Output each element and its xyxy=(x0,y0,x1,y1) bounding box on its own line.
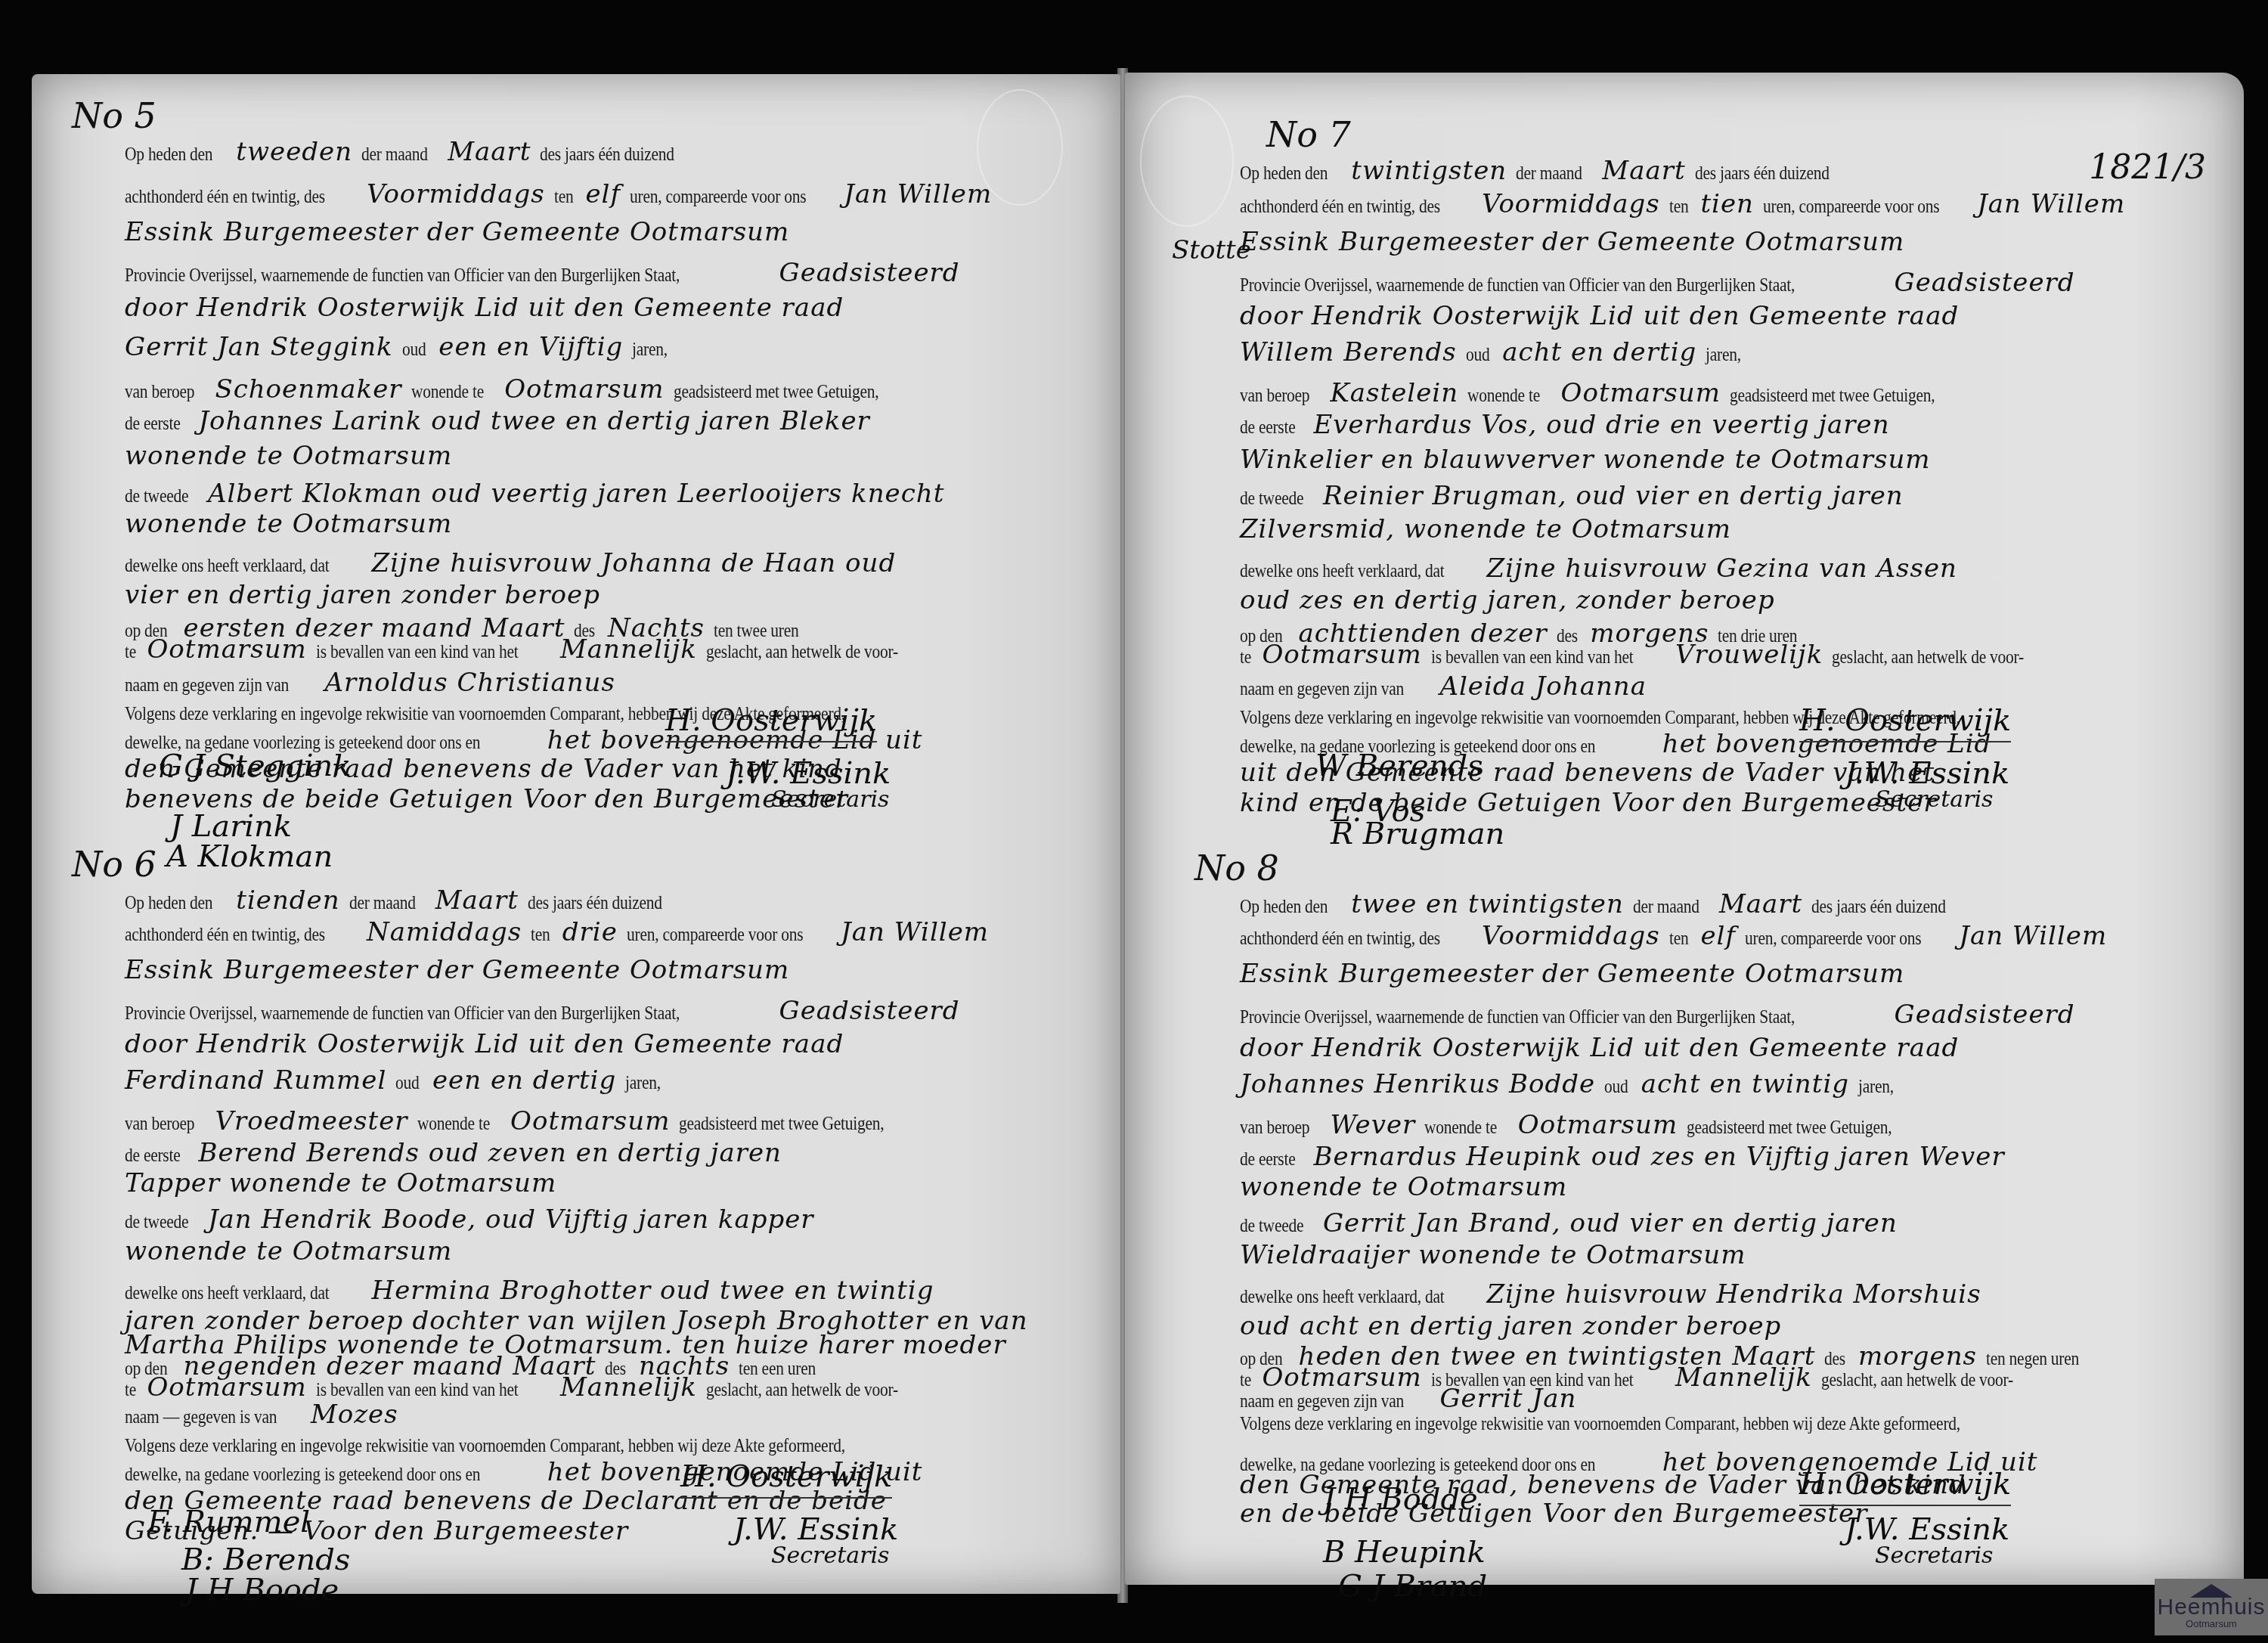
handwritten-entry: vier en dertig jaren zonder beroep xyxy=(125,582,600,608)
handwritten-entry: drie xyxy=(562,919,618,945)
handwritten-entry: Mannelijk xyxy=(1675,1365,1812,1390)
handwritten-entry: door Hendrik Oosterwijk Lid uit den Geme… xyxy=(125,1031,844,1057)
printed-text: dewelke ons heeft verklaard, dat xyxy=(125,556,330,575)
document-line: naam en gegeven zijn vanAleida Johanna xyxy=(1240,674,1656,699)
printed-text: naam en gegeven zijn van xyxy=(1240,1392,1404,1411)
document-line: Provincie Overijssel, waarnemende de fun… xyxy=(1240,1002,2084,1028)
document-line: naam en gegeven zijn vanArnoldus Christi… xyxy=(125,670,624,696)
document-line: Essink Burgemeester der Gemeente Ootmars… xyxy=(1240,229,1913,255)
printed-text: de tweede xyxy=(1240,489,1303,508)
handwritten-entry: Voormiddags xyxy=(1482,191,1660,217)
watermark-name: Heemhuis xyxy=(2157,1596,2265,1619)
document-line: dewelke ons heeft verklaard, datZijne hu… xyxy=(1240,556,1966,581)
document-line: de tweedeGerrit Jan Brand, oud vier en d… xyxy=(1240,1211,1907,1236)
printed-text: achthonderd één en twintig, des xyxy=(1240,929,1440,948)
printed-text: der maand xyxy=(361,145,428,164)
handwritten-entry: tien xyxy=(1700,191,1754,217)
document-line: oud zes en dertig jaren, zonder beroep xyxy=(1240,587,1784,613)
printed-text: geslacht, aan hetwelk de voor- xyxy=(706,643,898,662)
printed-text: uren, compareerde voor ons xyxy=(627,925,803,944)
printed-text: Op heden den xyxy=(1240,897,1328,916)
printed-text: der maand xyxy=(349,894,416,913)
handwritten-entry: Jan Hendrik Boode, oud Vijftig jaren kap… xyxy=(208,1207,814,1232)
watermark-place: Ootmarsum xyxy=(2186,1619,2237,1629)
document-line: Gerrit Jan Stegginkoudeen en Vijftigjare… xyxy=(125,334,683,360)
document-line: Provincie Overijssel, waarnemende de fun… xyxy=(125,260,969,286)
document-line: Tapper wonende te Ootmarsum xyxy=(125,1170,565,1196)
official-signature: Secretaris xyxy=(771,786,889,813)
printed-text: te xyxy=(125,643,136,662)
handwritten-entry: Ootmarsum xyxy=(147,637,306,662)
printed-text: de eerste xyxy=(1240,1150,1295,1169)
printed-text: van beroep xyxy=(125,1114,194,1133)
handwritten-entry: Ootmarsum xyxy=(147,1375,306,1400)
printed-text: ten xyxy=(1669,197,1689,216)
printed-text: uren, compareerde voor ons xyxy=(1763,197,1939,216)
handwritten-entry: Geadsisteerd xyxy=(1895,270,2075,296)
printed-text: der maand xyxy=(1633,897,1699,916)
printed-text: ten xyxy=(1669,929,1689,948)
document-line: achthonderd één en twintig, desVoormidda… xyxy=(1240,923,2116,949)
heemhuis-watermark: Heemhuis Ootmarsum xyxy=(2155,1579,2268,1635)
handwritten-entry: oud acht en dertig jaren zonder beroep xyxy=(1240,1313,1781,1339)
document-line: Op heden dentwee en twintigstender maand… xyxy=(1240,891,1977,917)
handwritten-entry: Maart xyxy=(1602,158,1685,184)
handwritten-entry: Vrouwelijk xyxy=(1675,642,1823,668)
printed-text: van beroep xyxy=(125,383,194,401)
document-line: door Hendrik Oosterwijk Lid uit den Geme… xyxy=(1240,303,1968,329)
handwritten-entry: wonende te Ootmarsum xyxy=(1240,1174,1567,1200)
printed-text: geadsisteerd met twee Getuigen, xyxy=(1730,386,1935,405)
handwritten-entry: Geadsisteerd xyxy=(1895,1002,2075,1028)
document-line: Provincie Overijssel, waarnemende de fun… xyxy=(1240,270,2084,296)
document-line: wonende te Ootmarsum xyxy=(1240,1174,1576,1200)
printed-text: geslacht, aan hetwelk de voor- xyxy=(706,1381,898,1400)
handwritten-entry: Ootmarsum xyxy=(510,1108,670,1134)
document-line: wonende te Ootmarsum xyxy=(125,1238,461,1264)
printed-text: achthonderd één en twintig, des xyxy=(125,925,325,944)
printed-text: des jaars één duizend xyxy=(1695,164,1830,183)
printed-text: ten xyxy=(554,188,574,206)
handwritten-entry: elf xyxy=(585,181,621,207)
handwritten-entry: Wieldraaijer wonende te Ootmarsum xyxy=(1240,1242,1746,1268)
printed-text: jaren, xyxy=(632,340,668,359)
document-line: de eersteJohannes Larink oud twee en der… xyxy=(125,408,879,434)
handwritten-entry: Essink Burgemeester der Gemeente Ootmars… xyxy=(1240,229,1904,255)
handwritten-entry: Essink Burgemeester der Gemeente Ootmars… xyxy=(1240,961,1904,987)
handwritten-entry: Schoenmaker xyxy=(215,377,401,402)
act-number: No 5 xyxy=(72,95,156,136)
handwritten-entry: Gerrit Jan Steggink xyxy=(125,334,393,360)
folio-number: 1821/3 xyxy=(2089,148,2206,187)
handwritten-entry: door Hendrik Oosterwijk Lid uit den Geme… xyxy=(125,295,844,321)
handwritten-entry: wonende te Ootmarsum xyxy=(125,511,452,537)
printed-text: van beroep xyxy=(1240,386,1309,405)
witness-signature: A Klokman xyxy=(166,839,333,874)
printed-text: Provincie Overijssel, waarnemende de fun… xyxy=(1240,1008,1795,1027)
handwritten-entry: Geadsisteerd xyxy=(779,260,960,286)
printed-text: Provincie Overijssel, waarnemende de fun… xyxy=(125,1004,680,1023)
printed-text: van beroep xyxy=(1240,1118,1309,1137)
printed-text: oud xyxy=(1604,1077,1628,1096)
document-line: van beroepVroedmeesterwonende teOotmarsu… xyxy=(125,1108,927,1134)
printed-text: wonende te xyxy=(1467,386,1540,405)
handwritten-entry: Berend Berends oud zeven en dertig jaren xyxy=(198,1140,782,1166)
handwritten-entry: Mannelijk xyxy=(560,1375,697,1400)
printed-text: uren, compareerde voor ons xyxy=(630,188,806,206)
printed-text: de eerste xyxy=(125,1146,180,1165)
document-line: teOotmarsumis bevallen van een kind van … xyxy=(125,1375,938,1400)
handwritten-entry: Hermina Broghotter oud twee en twintig xyxy=(372,1278,934,1304)
official-signature: Secretaris xyxy=(1875,786,1993,813)
handwritten-entry: Mozes xyxy=(311,1402,398,1428)
document-line: de tweedeAlbert Klokman oud veertig jare… xyxy=(125,481,953,507)
printed-text: geslacht, aan hetwelk de voor- xyxy=(1832,648,2024,667)
document-line: Essink Burgemeester der Gemeente Ootmars… xyxy=(1240,961,1913,987)
official-signature: H. Oosterwijk xyxy=(1799,703,2011,742)
handwritten-entry: Winkelier en blauwverver wonende te Ootm… xyxy=(1240,447,1931,473)
document-line: Op heden dentweedender maandMaartdes jaa… xyxy=(125,139,705,165)
printed-text: dewelke ons heeft verklaard, dat xyxy=(125,1284,330,1303)
handwritten-entry: Voormiddags xyxy=(367,181,545,207)
printed-text: jaren, xyxy=(1706,346,1741,364)
printed-text: Provincie Overijssel, waarnemende de fun… xyxy=(1240,276,1795,295)
witness-signature: W Berends xyxy=(1315,749,1483,783)
witness-signature: B Heupink xyxy=(1323,1535,1486,1570)
printed-text: de tweede xyxy=(1240,1217,1303,1235)
witness-signature: F. Rummel xyxy=(147,1505,310,1539)
handwritten-entry: wonende te Ootmarsum xyxy=(125,1238,452,1264)
handwritten-entry: Voormiddags xyxy=(1482,923,1660,949)
document-line: naam — gegeven is vanMozes xyxy=(125,1402,407,1428)
printed-text: naam en gegeven zijn van xyxy=(1240,680,1404,699)
handwritten-entry: Maart xyxy=(1719,891,1802,917)
printed-text: Op heden den xyxy=(1240,164,1328,183)
handwritten-entry: Zijne huisvrouw Gezina van Assen xyxy=(1487,556,1957,581)
printed-text: is bevallen van een kind van het xyxy=(316,1381,519,1400)
printed-text: achthonderd één en twintig, des xyxy=(1240,197,1440,216)
document-line: van beroepKasteleinwonende teOotmarsumge… xyxy=(1240,380,1978,406)
handwritten-entry: door Hendrik Oosterwijk Lid uit den Geme… xyxy=(1240,303,1959,329)
printed-text: naam — gegeven is van xyxy=(125,1408,277,1427)
handwritten-entry: Ferdinand Rummel xyxy=(125,1068,386,1093)
printed-text: dewelke ons heeft verklaard, dat xyxy=(1240,562,1445,581)
document-line: Op heden dentwintigstender maandMaartdes… xyxy=(1240,158,1860,184)
handwritten-entry: Geadsisteerd xyxy=(779,998,960,1024)
handwritten-entry: Namiddags xyxy=(367,919,522,945)
document-line: van beroepSchoenmakerwonende teOotmarsum… xyxy=(125,377,921,402)
document-line: de eersteBerend Berends oud zeven en der… xyxy=(125,1140,791,1166)
handwritten-entry: Johannes Henrikus Bodde xyxy=(1240,1071,1595,1097)
handwritten-entry: Ootmarsum xyxy=(504,377,664,402)
printed-text: des jaars één duizend xyxy=(1811,897,1946,916)
document-line: door Hendrik Oosterwijk Lid uit den Geme… xyxy=(125,1031,853,1057)
printed-text: Op heden den xyxy=(125,145,212,164)
printed-text: geslacht, aan hetwelk de voor- xyxy=(1821,1371,2013,1390)
printed-text: de tweede xyxy=(125,1213,188,1232)
document-line: achthonderd één en twintig, desNamiddags… xyxy=(125,919,998,945)
printed-text: is bevallen van een kind van het xyxy=(316,643,519,662)
printed-text: Volgens deze verklaring en ingevolge rek… xyxy=(1240,1415,1960,1434)
witness-signature: J H Boode xyxy=(185,1573,339,1607)
printed-text: Op heden den xyxy=(125,894,212,913)
handwritten-entry: Kastelein xyxy=(1330,380,1458,406)
printed-text: is bevallen van een kind van het xyxy=(1431,648,1634,667)
document-line: Willem Berendsoudacht en dertigjaren, xyxy=(1240,339,1756,365)
handwritten-entry: Maart xyxy=(435,888,519,913)
handwritten-entry: Jan Willem xyxy=(841,919,989,945)
witness-signature: R Brugman xyxy=(1331,817,1504,851)
printed-text: naam en gegeven zijn van xyxy=(125,676,289,695)
handwritten-entry: Everhardus Vos, oud drie en veertig jare… xyxy=(1313,412,1889,438)
official-signature: H. Oosterwijk xyxy=(680,1459,892,1499)
handwritten-entry: Vroedmeester xyxy=(215,1108,407,1134)
handwritten-entry: Ootmarsum xyxy=(1518,1112,1678,1138)
document-line: Op heden dentiendender maandMaartdes jaa… xyxy=(125,888,693,913)
document-line: Zilversmid, wonende te Ootmarsum xyxy=(1240,516,1740,542)
printed-text: de eerste xyxy=(125,414,180,433)
handwritten-entry: wonende te Ootmarsum xyxy=(125,443,452,469)
act-number: No 7 xyxy=(1266,114,1351,155)
printed-text: des jaars één duizend xyxy=(528,894,662,913)
act-number: No 8 xyxy=(1194,848,1279,888)
handwritten-entry: Gerrit Jan xyxy=(1439,1386,1576,1412)
handwritten-entry: Jan Willem xyxy=(1959,923,2107,949)
printed-text: geadsisteerd met twee Getuigen, xyxy=(1687,1118,1892,1137)
document-line: de tweedeJan Hendrik Boode, oud Vijftig … xyxy=(125,1207,823,1232)
handwritten-entry: acht en dertig xyxy=(1502,339,1696,365)
handwritten-entry: Tapper wonende te Ootmarsum xyxy=(125,1170,556,1196)
handwritten-entry: tweeden xyxy=(236,139,352,165)
document-line: Volgens deze verklaring en ingevolge rek… xyxy=(1240,1415,2087,1434)
document-line: wonende te Ootmarsum xyxy=(125,443,461,469)
printed-text: des jaars één duizend xyxy=(540,145,674,164)
document-line: Essink Burgemeester der Gemeente Ootmars… xyxy=(125,219,798,245)
document-line: dewelke ons heeft verklaard, datHermina … xyxy=(125,1278,943,1304)
document-line: Ferdinand Rummeloudeen en dertigjaren, xyxy=(125,1068,676,1093)
handwritten-entry: elf xyxy=(1700,923,1736,949)
document-line: vier en dertig jaren zonder beroep xyxy=(125,582,609,608)
document-line: dewelke ons heeft verklaard, datZijne hu… xyxy=(125,550,905,576)
official-signature: Secretaris xyxy=(771,1542,889,1569)
printed-text: geadsisteerd met twee Getuigen, xyxy=(679,1114,884,1133)
handwritten-entry: tienden xyxy=(236,888,339,913)
handwritten-entry: oud zes en dertig jaren, zonder beroep xyxy=(1240,587,1775,613)
handwritten-entry: Albert Klokman oud veertig jaren Leerloo… xyxy=(208,481,944,507)
handwritten-entry: Johannes Larink oud twee en dertig jaren… xyxy=(198,408,869,434)
document-line: de tweedeReinier Brugman, oud vier en de… xyxy=(1240,483,1913,509)
handwritten-entry: Ootmarsum xyxy=(1262,642,1421,668)
printed-text: wonende te xyxy=(1424,1118,1497,1137)
printed-text: oud xyxy=(395,1074,419,1093)
handwritten-entry: twintigsten xyxy=(1351,158,1507,184)
witness-signature: G J Brand xyxy=(1338,1569,1487,1604)
document-line: Provincie Overijssel, waarnemende de fun… xyxy=(125,998,969,1024)
printed-text: jaren, xyxy=(625,1074,661,1093)
document-line: door Hendrik Oosterwijk Lid uit den Geme… xyxy=(1240,1035,1968,1061)
handwritten-entry: Wever xyxy=(1330,1112,1415,1138)
act-number: No 6 xyxy=(72,844,156,885)
document-line: naam en gegeven zijn vanGerrit Jan xyxy=(1240,1386,1585,1412)
document-line: de eersteEverhardus Vos, oud drie en vee… xyxy=(1240,412,1899,438)
embossed-seal xyxy=(1140,95,1234,227)
printed-text: geadsisteerd met twee Getuigen, xyxy=(674,383,878,401)
official-signature: H. Oosterwijk xyxy=(1799,1467,2011,1506)
handwritten-entry: Bernardus Heupink oud zes en Vijftig jar… xyxy=(1313,1144,2004,1170)
handwritten-entry: acht en twintig xyxy=(1641,1071,1849,1097)
document-line: wonende te Ootmarsum xyxy=(125,511,461,537)
handwritten-entry: Zilversmid, wonende te Ootmarsum xyxy=(1240,516,1731,542)
official-signature: Secretaris xyxy=(1875,1542,1993,1569)
handwritten-entry: Mannelijk xyxy=(560,637,697,662)
handwritten-entry: Zijne huisvrouw Johanna de Haan oud xyxy=(372,550,897,576)
printed-text: oud xyxy=(1466,346,1489,364)
handwritten-entry: Willem Berends xyxy=(1240,339,1457,365)
printed-text: uren, compareerde voor ons xyxy=(1745,929,1921,948)
document-line: Wieldraaijer wonende te Ootmarsum xyxy=(1240,1242,1755,1268)
document-line: de eersteBernardus Heupink oud zes en Vi… xyxy=(1240,1144,2014,1170)
handwritten-entry: Voor den Burgemeester xyxy=(303,1518,628,1544)
printed-text: wonende te xyxy=(411,383,484,401)
handwritten-entry: Maart xyxy=(448,139,531,165)
document-line: Winkelier en blauwverver wonende te Ootm… xyxy=(1240,447,1940,473)
document-line: door Hendrik Oosterwijk Lid uit den Geme… xyxy=(125,295,853,321)
document-line: dewelke ons heeft verklaard, datZijne hu… xyxy=(1240,1282,1991,1307)
handwritten-entry: Jan Willem xyxy=(844,181,992,207)
handwritten-entry: Essink Burgemeester der Gemeente Ootmars… xyxy=(125,219,789,245)
handwritten-entry: Ootmarsum xyxy=(1561,380,1721,406)
printed-text: Provincie Overijssel, waarnemende de fun… xyxy=(125,266,680,285)
document-line: teOotmarsumis bevallen van een kind van … xyxy=(1240,642,2065,668)
printed-text: te xyxy=(1240,648,1251,667)
witness-signature: J H Bodde xyxy=(1323,1482,1478,1517)
document-line: Essink Burgemeester der Gemeente Ootmars… xyxy=(125,957,798,983)
handwritten-entry: Jan Willem xyxy=(1977,191,2125,217)
handwritten-entry: een en dertig xyxy=(432,1068,616,1093)
printed-text: dewelke, na gedane voorlezing is geteeke… xyxy=(125,1465,480,1484)
handwritten-entry: Arnoldus Christianus xyxy=(324,670,615,696)
printed-text: wonende te xyxy=(417,1114,490,1133)
handwritten-entry: Reinier Brugman, oud vier en dertig jare… xyxy=(1323,483,1904,509)
document-line: van beroepWeverwonende teOotmarsumgeadsi… xyxy=(1240,1112,1935,1138)
document-line: oud acht en dertig jaren zonder beroep xyxy=(1240,1313,1790,1339)
printed-text: te xyxy=(125,1381,136,1400)
handwritten-entry: benevens de beide Getuigen xyxy=(125,786,514,812)
document-line: Volgens deze verklaring en ingevolge rek… xyxy=(125,1437,971,1455)
printed-text: achthonderd één en twintig, des xyxy=(125,188,325,206)
printed-text: der maand xyxy=(1516,164,1582,183)
handwritten-entry: twee en twintigsten xyxy=(1351,891,1624,917)
handwritten-entry: door Hendrik Oosterwijk Lid uit den Geme… xyxy=(1240,1035,1959,1061)
printed-text: ten xyxy=(531,925,550,944)
printed-text: de tweede xyxy=(125,487,188,506)
document-line: achthonderd één en twintig, desVoormidda… xyxy=(1240,191,2134,217)
handwritten-entry: Aleida Johanna xyxy=(1439,674,1647,699)
handwritten-entry: Zijne huisvrouw Hendrika Morshuis xyxy=(1487,1282,1981,1307)
printed-text: de eerste xyxy=(1240,418,1295,437)
witness-signature: G J Steggink xyxy=(159,749,352,783)
handwritten-entry: een en Vijftig xyxy=(438,334,623,360)
printed-text: Volgens deze verklaring en ingevolge rek… xyxy=(125,1437,845,1455)
printed-text: jaren, xyxy=(1858,1077,1894,1096)
handwritten-entry: Essink Burgemeester der Gemeente Ootmars… xyxy=(125,957,789,983)
official-signature: H. Oosterwijk xyxy=(665,703,877,742)
document-line: achthonderd één en twintig, desVoormidda… xyxy=(125,181,1001,207)
document-line: Johannes Henrikus Boddeoudacht en twinti… xyxy=(1240,1071,1909,1097)
printed-text: dewelke ons heeft verklaard, dat xyxy=(1240,1288,1445,1307)
handwritten-entry: Gerrit Jan Brand, oud vier en dertig jar… xyxy=(1323,1211,1898,1236)
printed-text: oud xyxy=(402,340,426,359)
document-line: teOotmarsumis bevallen van een kind van … xyxy=(125,637,938,662)
